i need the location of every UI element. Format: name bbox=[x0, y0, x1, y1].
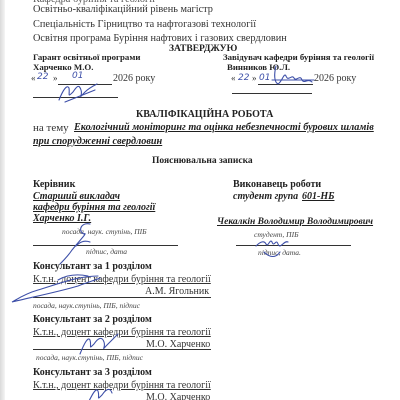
work-heading: КВАЛІФІКАЦІЙНА РОБОТА bbox=[136, 110, 273, 120]
guarantor-name: Харченко М.О. bbox=[33, 63, 93, 72]
qualification-level: Освітньо-кваліфікаційний рівень магістр bbox=[33, 5, 213, 15]
consultant-2-label: Консультант за 2 розділом bbox=[33, 315, 152, 325]
guarantor-title: Гарант освітньої програми bbox=[33, 53, 140, 62]
consultant-1-name: А.М. Ягольник bbox=[145, 287, 209, 297]
head-quote-close: » bbox=[252, 74, 257, 83]
head-signature-line bbox=[232, 93, 312, 94]
supervisor-signature-icon bbox=[50, 220, 100, 265]
guarantor-date-day: 22 bbox=[37, 72, 48, 82]
head-date-day: 22 bbox=[238, 73, 249, 83]
supervisor-position-1: Старший викладач bbox=[33, 192, 120, 202]
topic-line-1: Екологічний моніторинг та оцінка небезпе… bbox=[74, 123, 374, 133]
consultant-3-signature-icon bbox=[84, 383, 129, 400]
head-year: 2026 року bbox=[314, 74, 356, 84]
head-date-month: 01 bbox=[259, 73, 270, 83]
supervisor-position-2: кафедри буріння та геології bbox=[33, 203, 155, 213]
head-signature-icon bbox=[270, 62, 315, 87]
performer-group-prefix: студент група bbox=[233, 192, 298, 202]
consultant-3-name: М.О. Харченко bbox=[146, 393, 210, 400]
head-title: Завідувач кафедри буріння та геології bbox=[223, 53, 374, 62]
performer-signature-icon bbox=[250, 232, 295, 260]
specialty: Спеціальність Гірництво та нафтогазові т… bbox=[33, 20, 256, 30]
topic-prefix: на тему bbox=[33, 123, 69, 134]
explanatory-note-title: Пояснювальна записка bbox=[152, 157, 253, 167]
performer-group: 601-НБ bbox=[302, 192, 334, 202]
education-program: Освітня програма Буріння нафтових і газо… bbox=[33, 34, 287, 44]
head-quote-open: « bbox=[231, 74, 236, 83]
performer-label: Виконавець роботи bbox=[233, 180, 321, 190]
consultant-1-signature-icon bbox=[8, 270, 103, 305]
topic-line-2: при спорудженні свердловин bbox=[33, 137, 162, 147]
guarantor-signature-icon bbox=[55, 80, 100, 105]
consultant-2-position: К.т.н., доцент кафедри буріння та геолог… bbox=[33, 328, 211, 338]
consultant-2-name: М.О. Харченко bbox=[146, 340, 210, 350]
scan-edge-shadow bbox=[0, 0, 5, 400]
consultant-2-signature-icon bbox=[76, 330, 121, 358]
guarantor-year: 2026 року bbox=[113, 74, 155, 84]
guarantor-quote-open: « bbox=[31, 74, 36, 83]
supervisor-label: Керівник bbox=[33, 180, 75, 190]
performer-name: Чекалкін Володимир Володимирович bbox=[217, 218, 373, 228]
consultant-3-label: Консультант за 3 розділом bbox=[33, 368, 152, 378]
